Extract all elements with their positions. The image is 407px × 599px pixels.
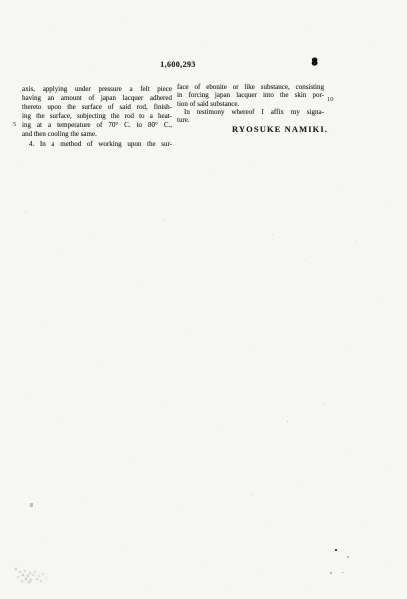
text-line: ing at a temperature of 70° C. to 80° C.… <box>22 121 172 130</box>
page-number: 8 <box>312 57 317 68</box>
line-number-10: 10 <box>327 96 334 103</box>
text-line: axis, applying under pressure a felt pie… <box>22 85 172 94</box>
inventor-signature: RYOSUKE NAMIKI. <box>228 124 332 134</box>
scan-speck <box>347 556 349 558</box>
scan-speck <box>30 503 33 507</box>
patent-number: 1,600,293 <box>136 60 220 69</box>
text-line: tion of said substance. <box>177 100 324 108</box>
scan-speckles <box>0 0 1 1</box>
line-number-5: 5 <box>13 121 16 128</box>
left-column: axis, applying under pressure a felt pie… <box>22 85 172 149</box>
text-line: In testimony whereof I affix my signa- <box>177 108 324 116</box>
patent-page: 1,600,293 8 5 axis, applying under press… <box>0 0 407 599</box>
text-line: face of ebonite or like substance, consi… <box>177 83 324 91</box>
scan-smudge <box>15 568 49 585</box>
text-line: and then cooling the same. <box>22 130 172 139</box>
text-line: having an amount of japan lacquer adhere… <box>22 94 172 103</box>
text-line: thereto upon the surface of said rod, fi… <box>22 103 172 112</box>
text-line: in forcing japan lacquer into the skin p… <box>177 91 324 99</box>
right-column: face of ebonite or like substance, consi… <box>177 83 324 125</box>
scan-speck <box>342 572 344 573</box>
text-line: ing the surface, subjecting the rod to a… <box>22 112 172 121</box>
text-line: 4. In a method of working upon the sur- <box>22 140 172 149</box>
scan-speck <box>335 549 337 551</box>
scan-speck <box>330 572 332 574</box>
